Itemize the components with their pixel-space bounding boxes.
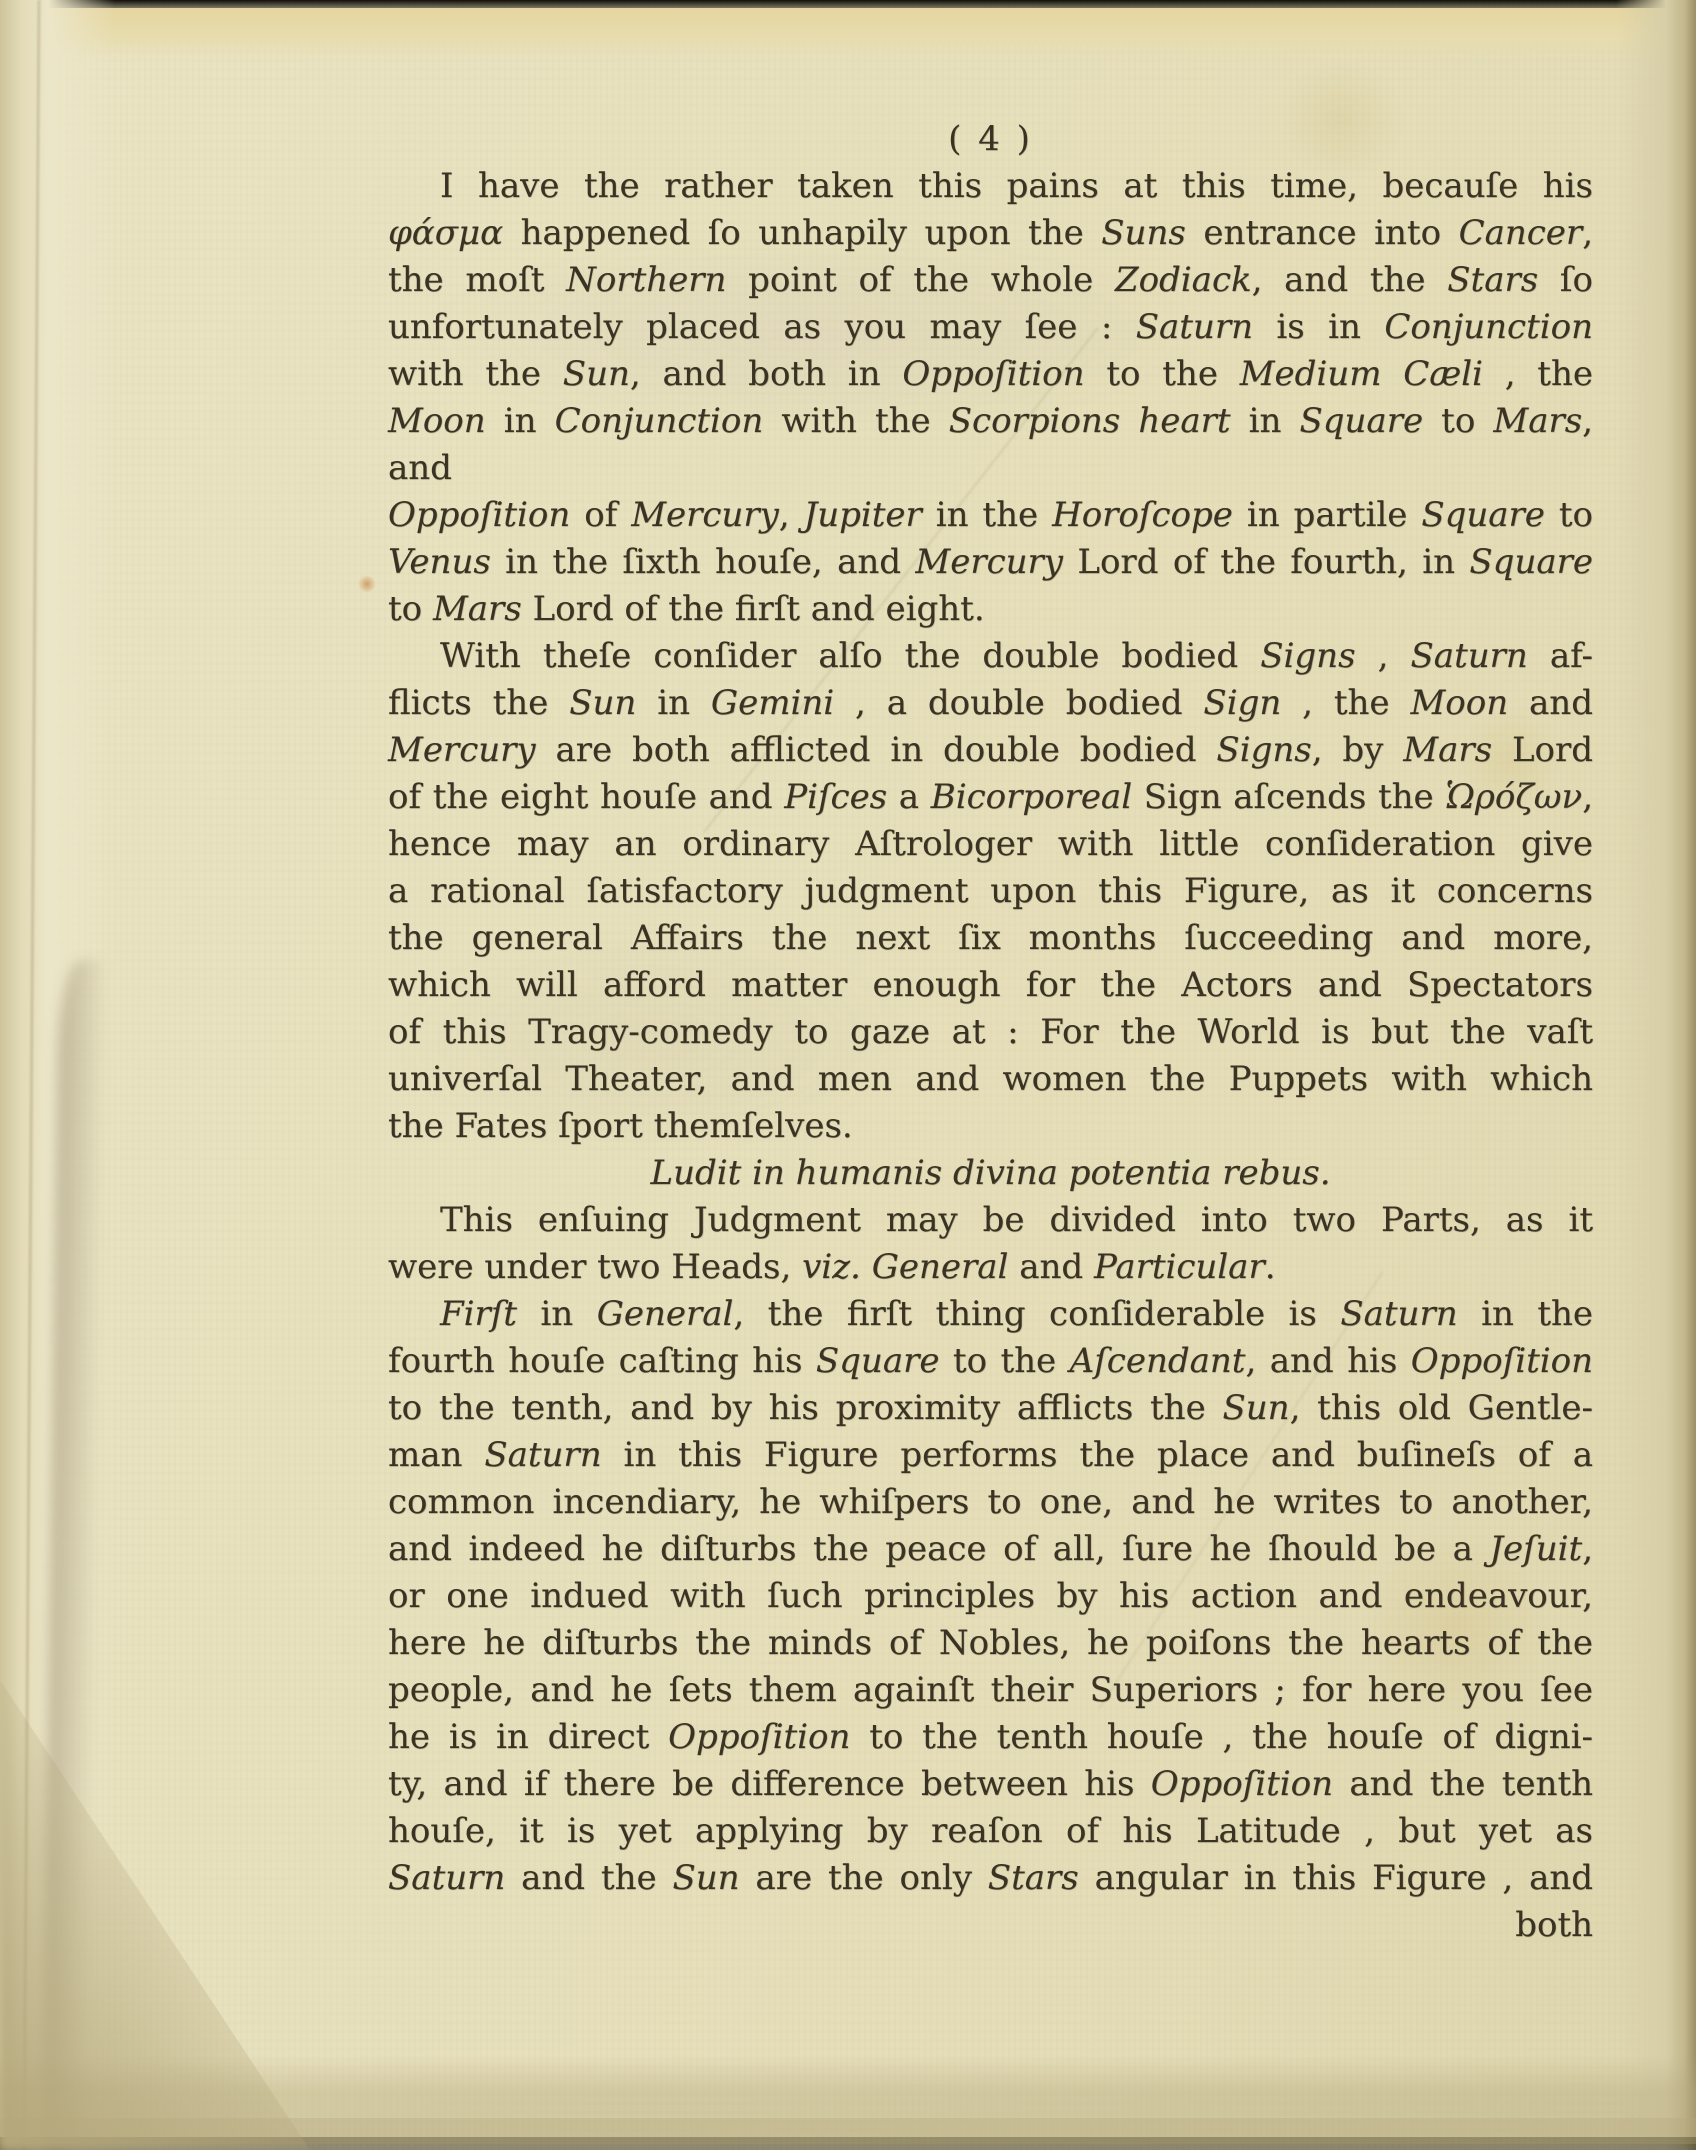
text-line: people, and he ſets them againſt their S… <box>388 1667 1593 1714</box>
page-top-paper-edge <box>0 8 1696 60</box>
text-line: hence may an ordinary Aſtrologer with li… <box>388 821 1593 868</box>
text-line: Venus in the ſixth houſe, and Mercury Lo… <box>388 539 1593 586</box>
text-line: of this Tragy-comedy to gaze at : For th… <box>388 1009 1593 1056</box>
latin-quote: Ludit in humanis divina potentia rebus. <box>388 1150 1593 1197</box>
text-line: flicts the Sun in Gemini , a double bodi… <box>388 680 1593 727</box>
body-text: I have the rather taken this pains at th… <box>388 163 1593 1949</box>
text-line: common incendiary, he whiſpers to one, a… <box>388 1479 1593 1526</box>
document-page: ( 4 ) I have the rather taken this pains… <box>0 0 1696 2150</box>
text-line: Mercury are both afflicted in double bod… <box>388 727 1593 774</box>
text-line: were under two Heads, viz. General and P… <box>388 1244 1593 1291</box>
text-line: to Mars Lord of the firſt and eight. <box>388 586 1593 633</box>
text-line: a rational ſatisfactory judgment upon th… <box>388 868 1593 915</box>
text-line: the general Affairs the next ſix months … <box>388 915 1593 962</box>
text-line: or one indued with ſuch principles by hi… <box>388 1573 1593 1620</box>
text-line: fourth houſe caſting his Square to the A… <box>388 1338 1593 1385</box>
catchword-line: both <box>388 1902 1593 1949</box>
text-column: ( 4 ) I have the rather taken this pains… <box>388 116 1593 1949</box>
text-line: univerſal Theater, and men and women the… <box>388 1056 1593 1103</box>
text-line: which will afford matter enough for the … <box>388 962 1593 1009</box>
text-line: ty, and if there be difference between h… <box>388 1761 1593 1808</box>
page-right-edge <box>1616 0 1696 2150</box>
text-line: houſe, it is yet applying by reaſon of h… <box>388 1808 1593 1855</box>
paragraph-1: I have the rather taken this pains at th… <box>388 163 1593 633</box>
text-line: man Saturn in this Figure performs the p… <box>388 1432 1593 1479</box>
text-line: to the tenth, and by his proximity affli… <box>388 1385 1593 1432</box>
torn-bottom-left-corner <box>0 1680 310 2150</box>
text-line: and indeed he diſturbs the peace of all,… <box>388 1526 1593 1573</box>
text-line: Ludit in humanis divina potentia rebus. <box>388 1150 1593 1197</box>
text-line: Saturn and the Sun are the only Stars an… <box>388 1855 1593 1902</box>
text-line: I have the rather taken this pains at th… <box>388 163 1593 210</box>
text-line: With theſe conſider alſo the double bodi… <box>388 633 1593 680</box>
text-line: Moon in Conjunction with the Scorpions h… <box>388 398 1593 492</box>
text-line: Firſt in General, the firſt thing conſid… <box>388 1291 1593 1338</box>
paragraph-3: This enſuing Judgment may be divided int… <box>388 1197 1593 1291</box>
text-line: Oppoſition of Mercury, Jupiter in the Ho… <box>388 492 1593 539</box>
text-line: the Fates ſport themſelves. <box>388 1103 1593 1150</box>
text-line: φάσμα happened ſo unhapily upon the Suns… <box>388 210 1593 257</box>
text-line: with the Sun, and both in Oppoſition to … <box>388 351 1593 398</box>
text-line: both <box>388 1902 1593 1949</box>
paragraph-2: With theſe conſider alſo the double bodi… <box>388 633 1593 1150</box>
text-line: unfortunately placed as you may ſee : Sa… <box>388 304 1593 351</box>
text-line: of the eight houſe and Piſces a Bicorpor… <box>388 774 1593 821</box>
page-number: ( 4 ) <box>388 116 1593 163</box>
text-line: the moſt Northern point of the whole Zod… <box>388 257 1593 304</box>
text-line: he is in direct Oppoſition to the tenth … <box>388 1714 1593 1761</box>
text-line: This enſuing Judgment may be divided int… <box>388 1197 1593 1244</box>
paper-speck <box>358 576 376 592</box>
text-line: here he diſturbs the minds of Nobles, he… <box>388 1620 1593 1667</box>
paragraph-4: Firſt in General, the firſt thing conſid… <box>388 1291 1593 1902</box>
